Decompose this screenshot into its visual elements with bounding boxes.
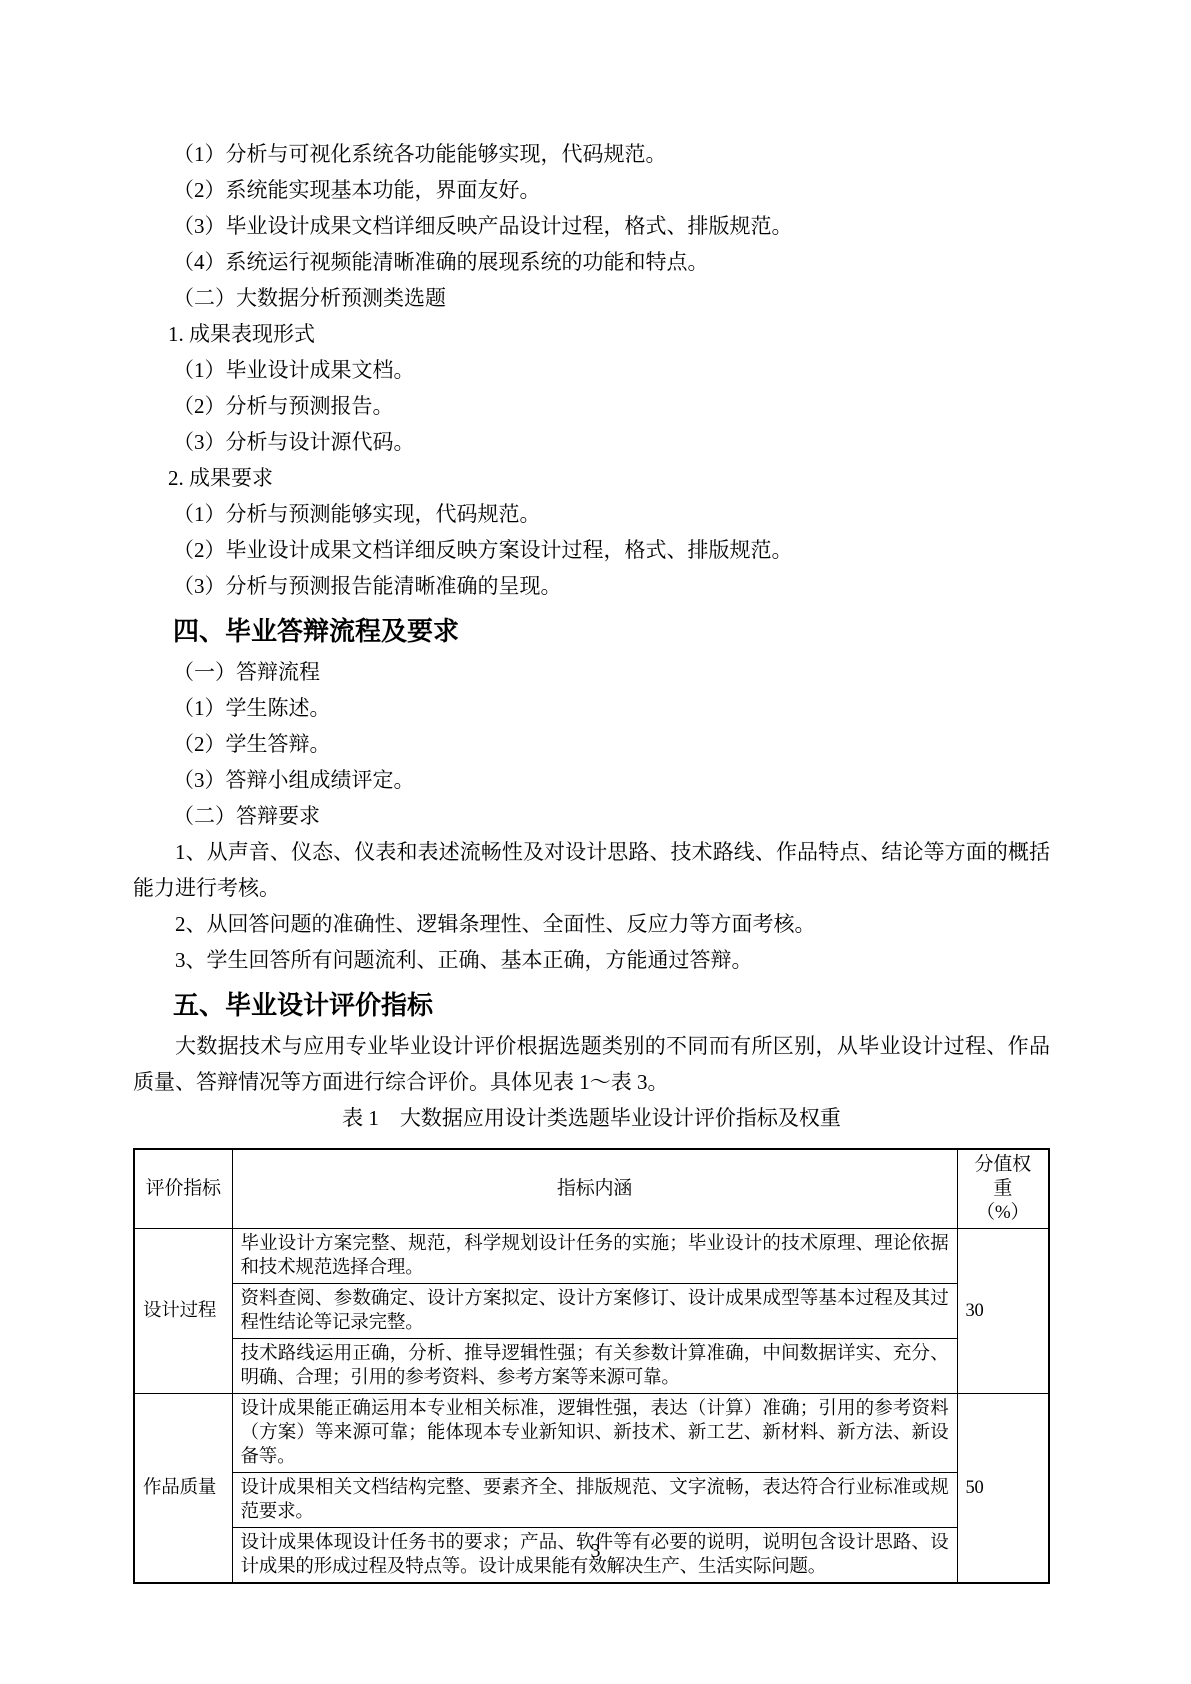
list-item: （2）学生答辩。 xyxy=(133,726,1050,762)
table-caption: 表 1 大数据应用设计类选题毕业设计评价指标及权重 xyxy=(133,1100,1050,1136)
list-item: （3）分析与设计源代码。 xyxy=(133,424,1050,460)
list-item: （二）大数据分析预测类选题 xyxy=(133,280,1050,316)
table-row: 技术路线运用正确，分析、推导逻辑性强；有关参数计算准确，中间数据详实、充分、明确… xyxy=(134,1339,1049,1394)
page-content: （1）分析与可视化系统各功能能够实现，代码规范。 （2）系统能实现基本功能，界面… xyxy=(133,136,1050,1584)
table-row: 设计过程 毕业设计方案完整、规范，科学规划设计任务的实施；毕业设计的技术原理、理… xyxy=(134,1229,1049,1284)
list-item: （1）学生陈述。 xyxy=(133,690,1050,726)
list-item: （3）答辩小组成绩评定。 xyxy=(133,762,1050,798)
section-heading-5: 五、毕业设计评价指标 xyxy=(173,988,1050,1022)
column-header-indicator: 评价指标 xyxy=(134,1149,232,1229)
table-cell: 设计成果相关文档结构完整、要素齐全、排版规范、文字流畅，表达符合行业标准或规范要… xyxy=(232,1473,957,1528)
document-page: （1）分析与可视化系统各功能能够实现，代码规范。 （2）系统能实现基本功能，界面… xyxy=(0,0,1191,1684)
list-item: （1）毕业设计成果文档。 xyxy=(133,352,1050,388)
list-item: （3）毕业设计成果文档详细反映产品设计过程，格式、排版规范。 xyxy=(133,208,1050,244)
paragraph: 3、学生回答所有问题流利、正确、基本正确，方能通过答辩。 xyxy=(133,942,1050,978)
column-header-weight-line2: （%） xyxy=(976,1202,1029,1223)
section-heading-4: 四、毕业答辩流程及要求 xyxy=(173,614,1050,648)
paragraph: 1、从声音、仪态、仪表和表述流畅性及对设计思路、技术路线、作品特点、结论等方面的… xyxy=(133,834,1050,906)
list-item: 2. 成果要求 xyxy=(133,460,1050,496)
list-item: 1. 成果表现形式 xyxy=(133,316,1050,352)
table-cell: 资料查阅、参数确定、设计方案拟定、设计方案修订、设计成果成型等基本过程及其过程性… xyxy=(232,1284,957,1339)
table-header-row: 评价指标 指标内涵 分值权重（%） xyxy=(134,1149,1049,1229)
list-item: （一）答辩流程 xyxy=(133,654,1050,690)
group-weight-design-process: 30 xyxy=(957,1229,1049,1394)
group-label-design-process: 设计过程 xyxy=(134,1229,232,1394)
table-row: 设计成果相关文档结构完整、要素齐全、排版规范、文字流畅，表达符合行业标准或规范要… xyxy=(134,1473,1049,1528)
table-cell: 技术路线运用正确，分析、推导逻辑性强；有关参数计算准确，中间数据详实、充分、明确… xyxy=(232,1339,957,1394)
page-number: 3 xyxy=(0,1540,1191,1563)
list-item: （2）毕业设计成果文档详细反映方案设计过程，格式、排版规范。 xyxy=(133,532,1050,568)
list-item: （1）分析与可视化系统各功能能够实现，代码规范。 xyxy=(133,136,1050,172)
table-cell: 设计成果能正确运用本专业相关标准，逻辑性强，表达（计算）准确；引用的参考资料（方… xyxy=(232,1394,957,1473)
paragraph: 2、从回答问题的准确性、逻辑条理性、全面性、反应力等方面考核。 xyxy=(133,906,1050,942)
table-row: 作品质量 设计成果能正确运用本专业相关标准，逻辑性强，表达（计算）准确；引用的参… xyxy=(134,1394,1049,1473)
column-header-weight-line1: 分值权重 xyxy=(975,1154,1031,1199)
column-header-weight: 分值权重（%） xyxy=(957,1149,1049,1229)
evaluation-table: 评价指标 指标内涵 分值权重（%） 设计过程 毕业设计方案完整、规范，科学规划设… xyxy=(133,1148,1050,1584)
list-item: （二）答辩要求 xyxy=(133,798,1050,834)
table-row: 资料查阅、参数确定、设计方案拟定、设计方案修订、设计成果成型等基本过程及其过程性… xyxy=(134,1284,1049,1339)
column-header-content: 指标内涵 xyxy=(232,1149,957,1229)
list-item: （1）分析与预测能够实现，代码规范。 xyxy=(133,496,1050,532)
list-item: （2）分析与预测报告。 xyxy=(133,388,1050,424)
list-item: （3）分析与预测报告能清晰准确的呈现。 xyxy=(133,568,1050,604)
list-item: （2）系统能实现基本功能，界面友好。 xyxy=(133,172,1050,208)
table-cell: 毕业设计方案完整、规范，科学规划设计任务的实施；毕业设计的技术原理、理论依据和技… xyxy=(232,1229,957,1284)
list-item: （4）系统运行视频能清晰准确的展现系统的功能和特点。 xyxy=(133,244,1050,280)
paragraph: 大数据技术与应用专业毕业设计评价根据选题类别的不同而有所区别，从毕业设计过程、作… xyxy=(133,1028,1050,1100)
